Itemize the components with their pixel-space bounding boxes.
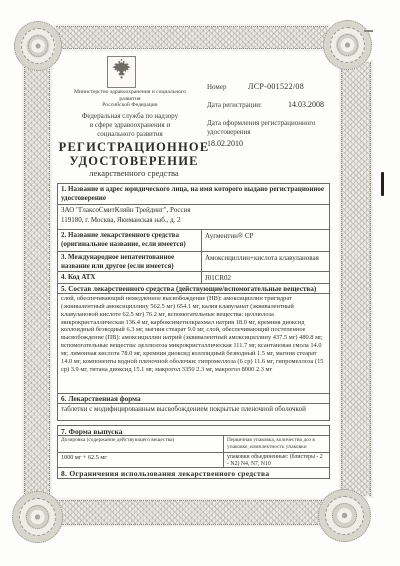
row6-dosage-form: таблетки с модифицированным высвобождени… (57, 403, 330, 421)
border-rosette-bottom-left (12, 491, 63, 543)
service-line: социального развития (30, 130, 230, 139)
service-line: в сфере здравоохранения и (30, 121, 230, 130)
packaging-value: упаковки объединенные: (блистеры - 2 - N… (223, 453, 329, 467)
dosage-column-header: Дозировка (содержание действующего вещес… (58, 436, 223, 452)
ministry-name: Министерство здравоохранения и социально… (30, 89, 230, 109)
row3-value: Амоксициллин+кислота клавулановая (201, 252, 329, 271)
border-rosette-top-left (14, 21, 62, 71)
row2-value: Аугментин® СР (201, 230, 329, 251)
row2-trade-name: 2. Название лекарственного средства (ори… (57, 229, 330, 252)
border-band-top (56, 26, 328, 49)
row5-header: 5. Состав лекарственного средства (дейст… (57, 283, 330, 294)
number-value: ЛСР-001522/08 (248, 82, 304, 91)
row2-label: 2. Название лекарственного средства (ори… (58, 230, 201, 251)
emblem-box (107, 56, 136, 88)
registration-date-value: 14.03.2008 (288, 100, 324, 109)
border-rosette-bottom-right (318, 489, 371, 542)
coat-of-arms-icon (111, 58, 132, 86)
row7-subtable-value: 1000 мг + 62.5 мг упаковки объединенные:… (57, 452, 330, 468)
scan-artifact-bar (381, 172, 384, 196)
row4-label: 4. Код АТХ (58, 272, 201, 283)
packaging-column-header: Первичная упаковка, количество доз в упа… (223, 436, 329, 452)
issue-date-label: Дата оформления регистрационного удостов… (207, 119, 335, 137)
row1-value: ЗАО "ГлаксоСмитКляйн Трейдинг", Россия 1… (57, 204, 330, 230)
row4-atc-code: 4. Код АТХ J01CR02 (57, 271, 330, 284)
federal-service-name: Федеральная служба по надзору в сфере зд… (30, 112, 230, 139)
border-rosette-top-right (323, 20, 372, 70)
ministry-line: Российской Федерации (30, 102, 230, 109)
border-band-bottom (56, 500, 322, 525)
certificate-page: Министерство здравоохранения и социально… (0, 0, 400, 566)
holder-name: ЗАО "ГлаксоСмитКляйн Трейдинг", Россия (61, 206, 326, 216)
service-line: Федеральная служба по надзору (30, 112, 230, 121)
number-label: Номер (207, 83, 226, 91)
document-title-line2: УДОСТОВЕРЕНИЕ (22, 154, 246, 168)
row7-subtable-header: Дозировка (содержание действующего вещес… (57, 435, 330, 453)
row5-composition: слой, обеспечивающий немедленное высвобо… (57, 293, 330, 394)
issue-date-value: 18.02.2010 (207, 139, 243, 148)
border-band-right (341, 62, 371, 496)
document-subtitle: лекарственного средства (22, 168, 246, 178)
row3-inn-name: 3. Международное непатентованное названи… (57, 251, 330, 272)
ministry-line: Министерство здравоохранения и социально… (30, 89, 230, 96)
row4-value: J01CR02 (201, 272, 329, 283)
registration-date-label: Дата регистрации: (207, 101, 262, 109)
dosage-value: 1000 мг + 62.5 мг (58, 453, 223, 467)
row3-label: 3. Международное непатентованное названи… (58, 252, 201, 271)
certificate-table: 1. Название и адрес юридического лица, н… (57, 183, 330, 479)
row8-header: 8. Ограничения использования лекарственн… (57, 467, 330, 479)
row1-header: 1. Название и адрес юридического лица, н… (57, 183, 330, 205)
scan-artifact-dash (364, 30, 373, 32)
holder-address: 119180, г. Москва, Якиманская наб., д. 2 (61, 216, 326, 226)
